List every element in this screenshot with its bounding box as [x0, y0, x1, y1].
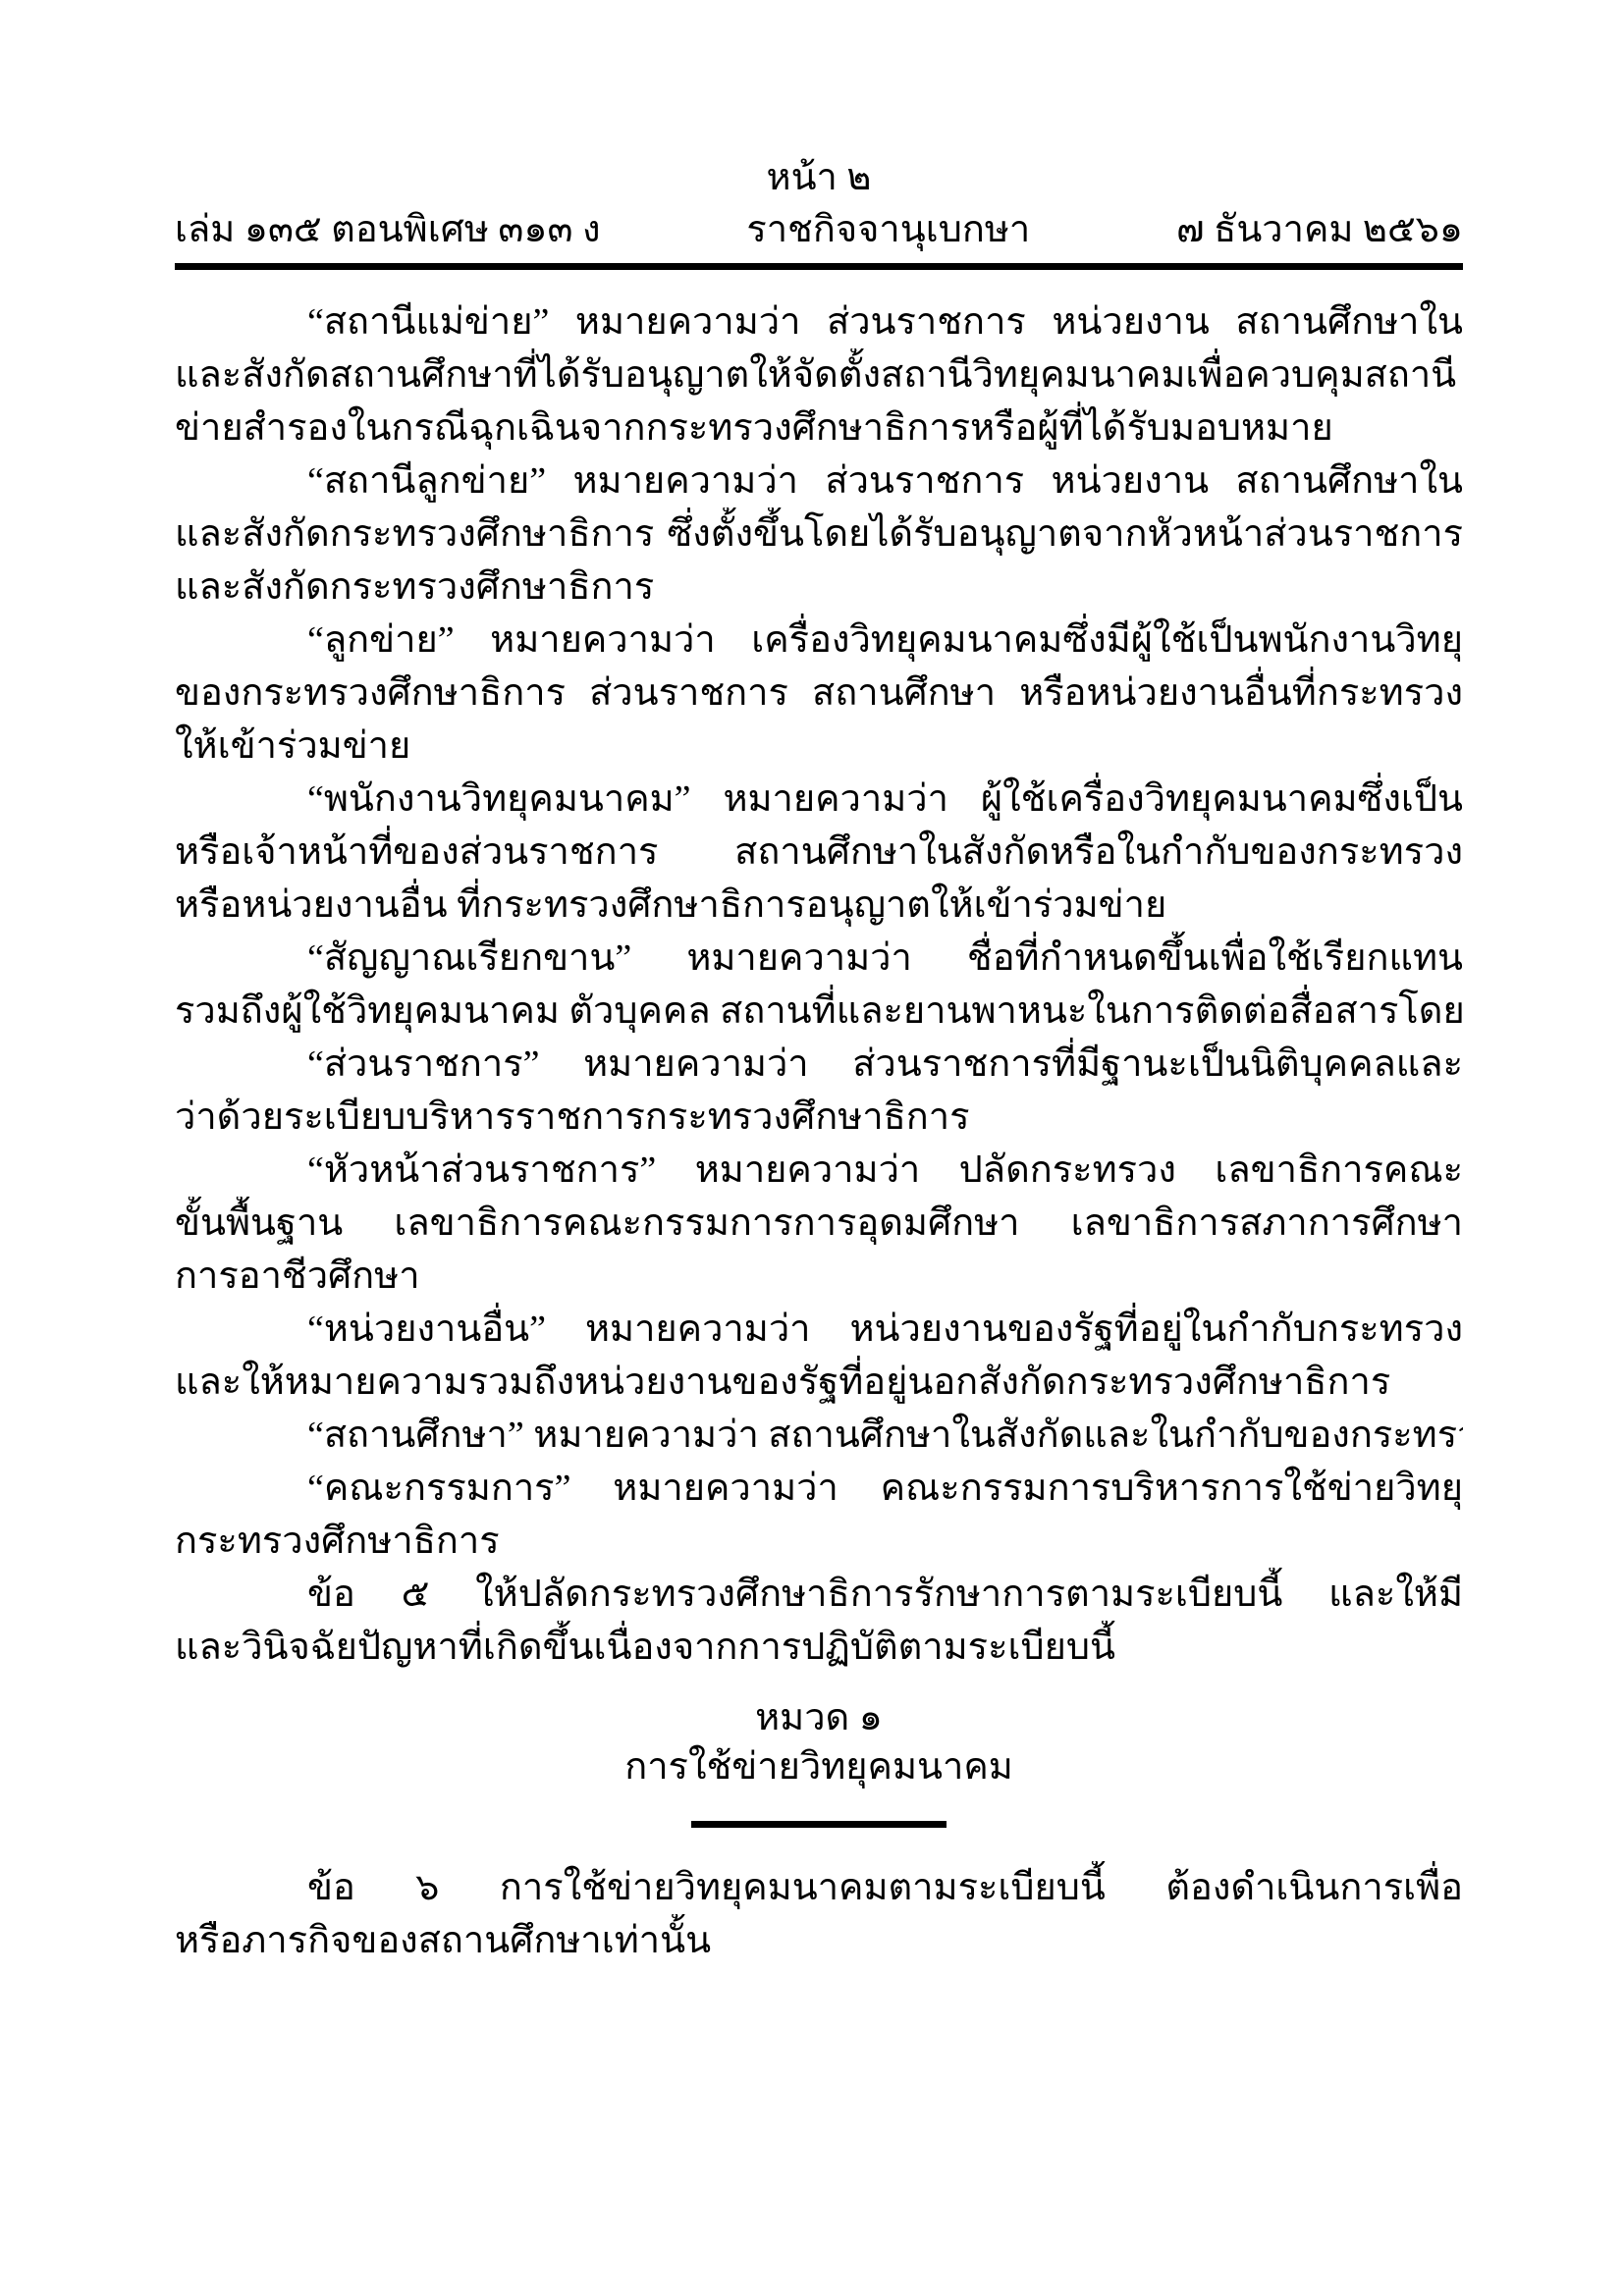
text-line: ให้เข้าร่วมข่าย [175, 720, 1463, 773]
text-line: ข้อ ๖ การใช้ข่ายวิทยุคมนาคมตามระเบียบนี้… [175, 1861, 1463, 1914]
text-line: หรือหน่วยงานอื่น ที่กระทรวงศึกษาธิการอนุ… [175, 879, 1463, 932]
body-paragraph: “สถานีลูกข่าย” หมายความว่า ส่วนราชการ หน… [175, 454, 1463, 614]
text-line: “สถานีแม่ข่าย” หมายความว่า ส่วนราชการ หน… [175, 295, 1463, 348]
chapter-body-section: ข้อ ๖ การใช้ข่ายวิทยุคมนาคมตามระเบียบนี้… [175, 1861, 1463, 1967]
text-line: ของกระทรวงศึกษาธิการ ส่วนราชการ สถานศึกษ… [175, 667, 1463, 720]
body-paragraph: “พนักงานวิทยุคมนาคม” หมายความว่า ผู้ใช้เ… [175, 773, 1463, 932]
text-line: หรือภารกิจของสถานศึกษาเท่านั้น [175, 1914, 1463, 1967]
text-line: ข่ายสำรองในกรณีฉุกเฉินจากกระทรวงศึกษาธิก… [175, 401, 1463, 454]
gazette-header: เล่ม ๑๓๕ ตอนพิเศษ ๓๑๓ ง ราชกิจจานุเบกษา … [175, 204, 1463, 255]
text-line: ขั้นพื้นฐาน เลขาธิการคณะกรรมการการอุดมศึ… [175, 1197, 1463, 1250]
text-line: และสังกัดกระทรวงศึกษาธิการ ซึ่งตั้งขึ้นโ… [175, 507, 1463, 561]
gazette-document-page: หน้า ๒ เล่ม ๑๓๕ ตอนพิเศษ ๓๑๓ ง ราชกิจจาน… [0, 0, 1623, 2296]
body-paragraph: “ลูกข่าย” หมายความว่า เครื่องวิทยุคมนาคม… [175, 614, 1463, 773]
page-number: หน้า ๒ [175, 155, 1463, 200]
header-rule [175, 263, 1463, 270]
text-line: “สัญญาณเรียกขาน” หมายความว่า ชื่อที่กำหน… [175, 932, 1463, 985]
text-line: หรือเจ้าหน้าที่ของส่วนราชการ สถานศึกษาใน… [175, 826, 1463, 879]
text-line: รวมถึงผู้ใช้วิทยุคมนาคม ตัวบุคคล สถานที่… [175, 985, 1463, 1038]
chapter-heading-block: หมวด ๑ การใช้ข่ายวิทยุคมนาคม [175, 1693, 1463, 1828]
body-paragraph: ข้อ ๕ ให้ปลัดกระทรวงศึกษาธิการรักษาการตา… [175, 1568, 1463, 1674]
chapter-title: การใช้ข่ายวิทยุคมนาคม [175, 1742, 1463, 1791]
text-line: ว่าด้วยระเบียบบริหารราชการกระทรวงศึกษาธิ… [175, 1091, 1463, 1144]
publish-date: ๗ ธันวาคม ๒๕๖๑ [1176, 204, 1463, 255]
volume-issue-label: เล่ม ๑๓๕ ตอนพิเศษ ๓๑๓ ง [175, 204, 601, 255]
chapter-rule [691, 1821, 947, 1828]
body-paragraph: “สถานีแม่ข่าย” หมายความว่า ส่วนราชการ หน… [175, 295, 1463, 454]
text-line: “ส่วนราชการ” หมายความว่า ส่วนราชการที่มี… [175, 1038, 1463, 1091]
text-line: และให้หมายความรวมถึงหน่วยงานของรัฐที่อยู… [175, 1356, 1463, 1409]
body-paragraph: “สัญญาณเรียกขาน” หมายความว่า ชื่อที่กำหน… [175, 932, 1463, 1038]
body-paragraph: “สถานศึกษา” หมายความว่า สถานศึกษาในสังกั… [175, 1409, 1463, 1462]
body-paragraph: ข้อ ๖ การใช้ข่ายวิทยุคมนาคมตามระเบียบนี้… [175, 1861, 1463, 1967]
text-line: และวินิจฉัยปัญหาที่เกิดขึ้นเนื่องจากการป… [175, 1621, 1463, 1674]
body-paragraph: “หน่วยงานอื่น” หมายความว่า หน่วยงานของรั… [175, 1303, 1463, 1409]
text-line: ข้อ ๕ ให้ปลัดกระทรวงศึกษาธิการรักษาการตา… [175, 1568, 1463, 1621]
text-line: กระทรวงศึกษาธิการ [175, 1515, 1463, 1568]
text-line: “พนักงานวิทยุคมนาคม” หมายความว่า ผู้ใช้เ… [175, 773, 1463, 826]
text-line: และสังกัดสถานศึกษาที่ได้รับอนุญาตให้จัดต… [175, 348, 1463, 401]
document-content: หน้า ๒ เล่ม ๑๓๕ ตอนพิเศษ ๓๑๓ ง ราชกิจจาน… [175, 155, 1463, 1967]
text-line: “สถานีลูกข่าย” หมายความว่า ส่วนราชการ หน… [175, 454, 1463, 507]
gazette-title: ราชกิจจานุเบกษา [601, 204, 1177, 255]
text-line: “หัวหน้าส่วนราชการ” หมายความว่า ปลัดกระท… [175, 1144, 1463, 1197]
text-line: “สถานศึกษา” หมายความว่า สถานศึกษาในสังกั… [175, 1409, 1463, 1462]
body-paragraph: “หัวหน้าส่วนราชการ” หมายความว่า ปลัดกระท… [175, 1144, 1463, 1303]
chapter-number: หมวด ๑ [175, 1693, 1463, 1742]
text-line: “หน่วยงานอื่น” หมายความว่า หน่วยงานของรั… [175, 1303, 1463, 1356]
text-line: และสังกัดกระทรวงศึกษาธิการ [175, 561, 1463, 614]
body-paragraph: “คณะกรรมการ” หมายความว่า คณะกรรมการบริหา… [175, 1462, 1463, 1568]
text-line: “ลูกข่าย” หมายความว่า เครื่องวิทยุคมนาคม… [175, 614, 1463, 667]
text-line: “คณะกรรมการ” หมายความว่า คณะกรรมการบริหา… [175, 1462, 1463, 1515]
definitions-section: “สถานีแม่ข่าย” หมายความว่า ส่วนราชการ หน… [175, 295, 1463, 1674]
text-line: การอาชีวศึกษา [175, 1250, 1463, 1303]
body-paragraph: “ส่วนราชการ” หมายความว่า ส่วนราชการที่มี… [175, 1038, 1463, 1144]
